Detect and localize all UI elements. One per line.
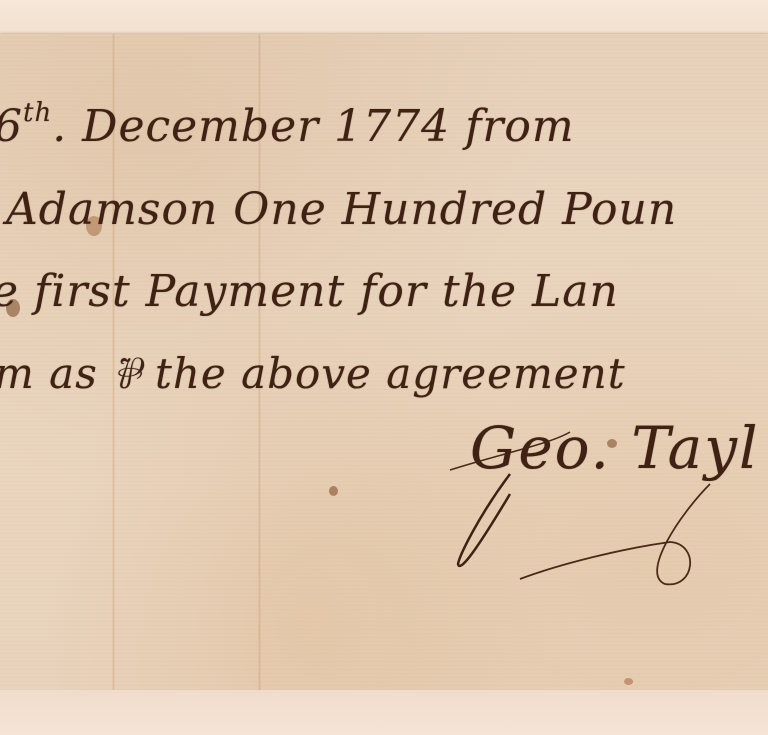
receipt-line-purpose: e first Payment for the Lan bbox=[0, 266, 619, 317]
mat-bottom-border bbox=[0, 690, 768, 735]
ink-blot bbox=[329, 486, 338, 496]
date-day-suffix: th bbox=[23, 98, 52, 128]
date-month-year: . December 1774 from bbox=[52, 101, 574, 152]
receipt-line-date: 6th. December 1774 from bbox=[0, 98, 575, 152]
receipt-line-agreement: m as ⅌ the above agreement bbox=[0, 344, 626, 401]
ink-blot bbox=[624, 678, 633, 685]
signature: Geo. Tayl bbox=[470, 414, 760, 482]
receipt-paper: 6th. December 1774 from Adamson One Hund… bbox=[0, 34, 768, 690]
receipt-line-amount: Adamson One Hundred Poun bbox=[6, 184, 677, 235]
mat-top-border bbox=[0, 0, 768, 34]
date-day: 6 bbox=[0, 101, 23, 152]
